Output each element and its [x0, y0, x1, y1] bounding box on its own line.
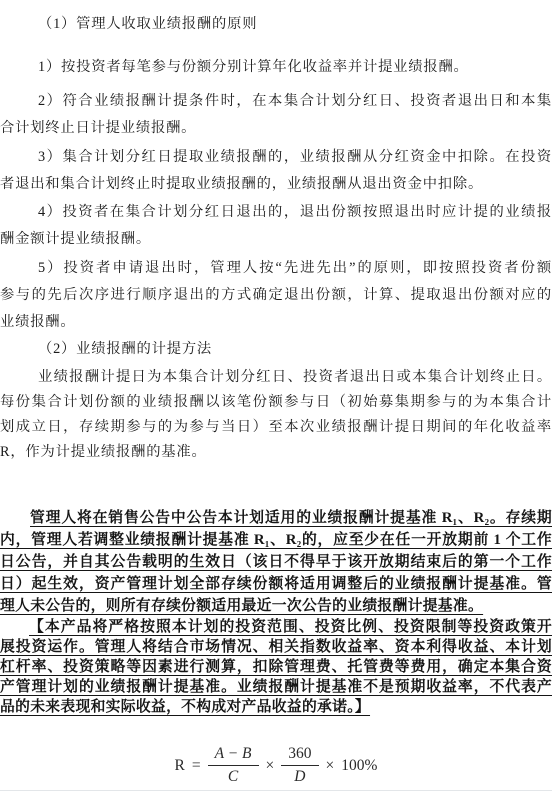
- text-line: 1）按投资者每笔参与份额分别计算年化收益率并计提业绩报酬。: [0, 54, 552, 81]
- formula-lhs: R: [175, 757, 185, 775]
- text-line: （1）管理人收取业绩报酬的原则: [0, 11, 552, 38]
- text-line: 日）起生效，资产管理计划全部存续份额将适用调整后的业绩报酬计提基准。管: [0, 573, 552, 595]
- fraction2-numerator: 360: [281, 745, 318, 765]
- formula-equals-sign: =: [192, 757, 201, 775]
- text-line: 展投资运作。管理人将结合市场情况、相关指数收益率、资本利得收益、本计划: [0, 637, 552, 657]
- section1-item-3: 3）集合计划分红日提取业绩报酬的，业绩报酬从分红资金中扣除。在投资 者退出和集合…: [0, 144, 552, 198]
- text-line: 品的未来表现和实际收益，不构成对产品收益的承诺。】: [0, 697, 552, 717]
- section1-item-5: 5）投资者申请退出时，管理人按“先进先出”的原则，即按照投资者份额 参与的先后次…: [0, 255, 552, 336]
- text-line: 杠杆率、投资策略等因素进行测算，扣除管理费、托管费等费用，确定本集合资: [0, 657, 552, 677]
- text-line: 业绩报酬。: [0, 309, 552, 336]
- text-line: 合计划终止日计提业绩报酬。: [0, 115, 552, 142]
- section2-body: 业绩报酬计提日为本集合计划分红日、投资者退出日或本集合计划终止日。 每份集合计划…: [0, 365, 552, 465]
- formula-multiply-sign: ×: [266, 757, 275, 775]
- text-line: 酬金额计提业绩报酬。: [0, 226, 552, 253]
- benchmark-adjustment-notice: 管理人将在销售公告中公告本计划适用的业绩报酬计提基准 R₁、R₂。存续期 内，管…: [0, 507, 552, 617]
- text-line: 3）集合计划分红日提取业绩报酬的，业绩报酬从分红资金中扣除。在投资: [0, 144, 552, 171]
- section1-item-2: 2）符合业绩报酬计提条件时，在本集合计划分红日、投资者退出日和本集 合计划终止日…: [0, 88, 552, 142]
- text-line: 内，管理人若调整业绩报酬计提基准 R₁、R₂的，应至少在任一开放期前 1 个工作: [0, 529, 552, 551]
- formula-fraction-1: A − B C: [208, 745, 259, 786]
- text-line: 5）投资者申请退出时，管理人按“先进先出”的原则，即按照投资者份额: [0, 255, 552, 282]
- text-line: 产管理计划的业绩报酬计提基准。业绩报酬计提基准不是预期收益率，不代表产: [0, 677, 552, 697]
- section1-heading: （1）管理人收取业绩报酬的原则: [0, 11, 552, 38]
- formula-fraction-2: 360 D: [281, 745, 318, 786]
- text-line: 【本产品将严格按照本计划的投资范围、投资比例、投资限制等投资政策开: [0, 617, 552, 637]
- section1-item-1: 1）按投资者每笔参与份额分别计算年化收益率并计提业绩报酬。: [0, 54, 552, 81]
- formula-multiply-sign-2: ×: [326, 757, 335, 775]
- text-line: 者退出和集合计划终止时提取业绩报酬的，业绩报酬从退出资金中扣除。: [0, 171, 552, 198]
- text-line: R，作为计提业绩报酬的基准。: [0, 440, 552, 465]
- text-line: 4）投资者在集合计划分红日退出的，退出份额按照退出时应计提的业绩报: [0, 199, 552, 226]
- text-line: 参与的先后次序进行顺序退出的方式确定退出份额，计算、提取退出份额对应的: [0, 282, 552, 309]
- formula-result-percent: 100%: [341, 757, 377, 775]
- section2-heading: （2）业绩报酬的计提方法: [0, 336, 552, 363]
- text-line: 每份集合计划份额的业绩报酬以该笔份额参与日（初始募集期参与的为本集合计: [0, 390, 552, 415]
- page-bottom-rule: [0, 790, 552, 791]
- text-line: （2）业绩报酬的计提方法: [0, 336, 552, 363]
- text-line: 划成立日，存续期参与的为参与当日）至本次业绩报酬计提日期间的年化收益率: [0, 415, 552, 440]
- text-line: 业绩报酬计提日为本集合计划分红日、投资者退出日或本集合计划终止日。: [0, 365, 552, 390]
- document-page: （1）管理人收取业绩报酬的原则 1）按投资者每笔参与份额分别计算年化收益率并计提…: [0, 0, 552, 786]
- annualized-return-formula: R = A − B C × 360 D × 100%: [0, 745, 552, 786]
- fraction2-denominator: D: [281, 765, 318, 786]
- section1-item-4: 4）投资者在集合计划分红日退出的，退出份额按照退出时应计提的业绩报 酬金额计提业…: [0, 199, 552, 253]
- fraction1-denominator: C: [208, 765, 259, 786]
- text-line: 2）符合业绩报酬计提条件时，在本集合计划分红日、投资者退出日和本集: [0, 88, 552, 115]
- text-line: 理人未公告的，则所有存续份额适用最近一次公告的业绩报酬计提基准。: [0, 595, 552, 617]
- benchmark-disclaimer-notice: 【本产品将严格按照本计划的投资范围、投资比例、投资限制等投资政策开 展投资运作。…: [0, 617, 552, 717]
- text-line: 日公告，并自其公告载明的生效日（该日不得早于该开放期结束后的第一个工作: [0, 551, 552, 573]
- fraction1-numerator: A − B: [208, 745, 259, 765]
- text-line: 管理人将在销售公告中公告本计划适用的业绩报酬计提基准 R₁、R₂。存续期: [0, 507, 552, 529]
